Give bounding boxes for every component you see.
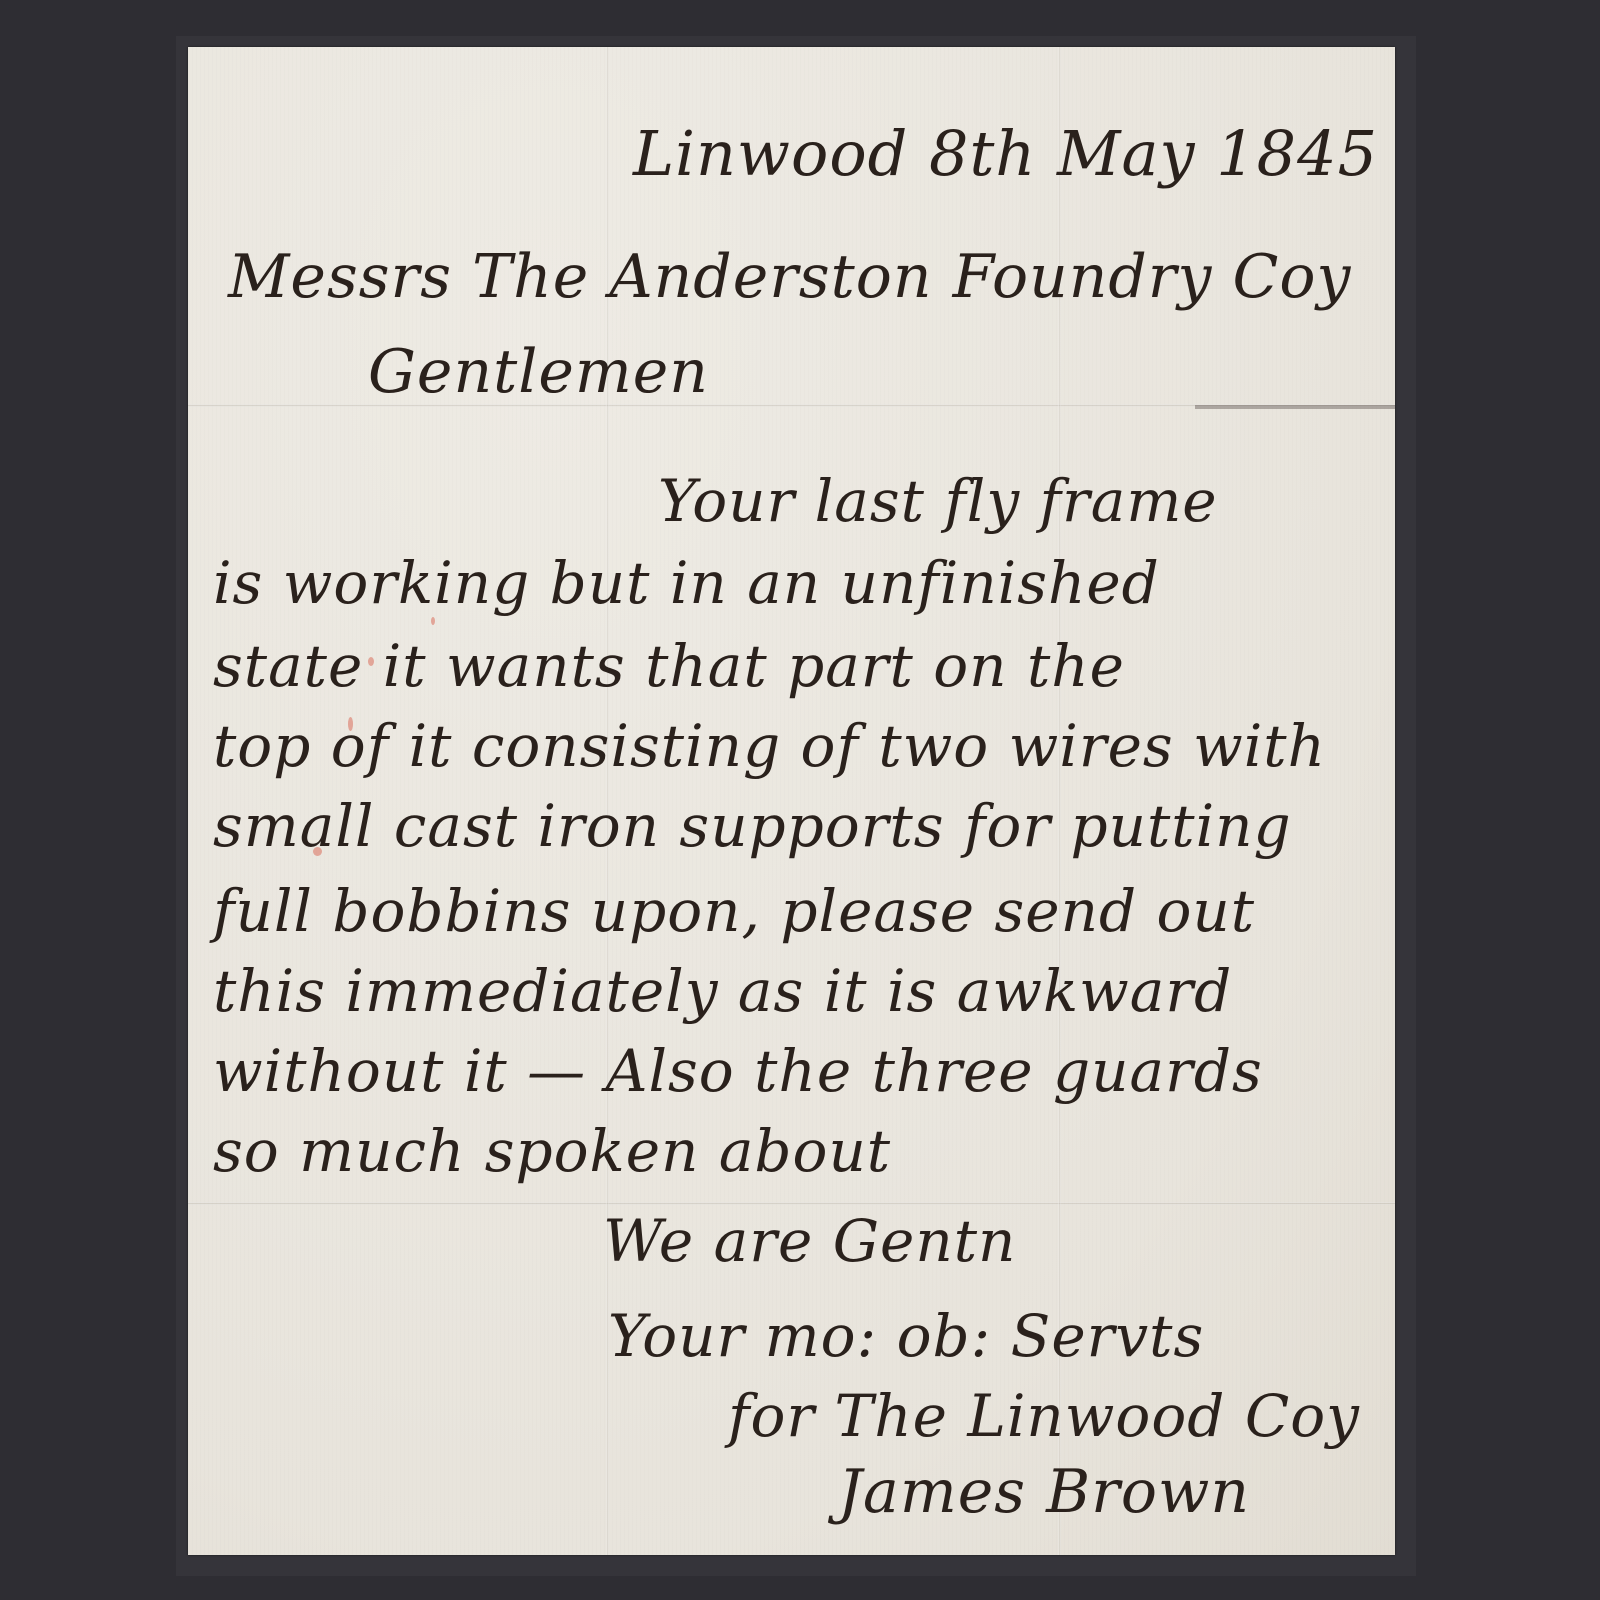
- addressee: Messrs The Anderston Foundry Coy: [228, 242, 1351, 312]
- body-line: Your last fly frame: [658, 467, 1218, 535]
- letter-paper: Linwood 8th May 1845 Messrs The Andersto…: [188, 47, 1395, 1555]
- paper-edge-shadow: [1195, 405, 1395, 409]
- body-line: top of it consisting of two wires with: [213, 712, 1326, 780]
- scanned-letter: Linwood 8th May 1845 Messrs The Andersto…: [0, 0, 1600, 1600]
- body-line: so much spoken about: [213, 1117, 891, 1185]
- salutation: Gentlemen: [368, 337, 709, 407]
- closing-line: We are Gentn: [603, 1207, 1016, 1275]
- fold-line-horizontal: [188, 1202, 1395, 1205]
- signature: James Brown: [838, 1457, 1250, 1527]
- body-line: full bobbins upon, please send out: [213, 877, 1255, 945]
- body-line: is working but in an unfinished: [213, 549, 1160, 617]
- red-stain: [431, 617, 435, 625]
- body-line: this immediately as it is awkward: [213, 957, 1232, 1025]
- body-line: without it — Also the three guards: [213, 1037, 1263, 1105]
- body-line: state it wants that part on the: [213, 632, 1125, 700]
- body-line: small cast iron supports for putting: [213, 792, 1292, 860]
- dateline: Linwood 8th May 1845: [633, 117, 1378, 190]
- closing-line: Your mo: ob: Servts: [608, 1302, 1204, 1370]
- closing-line: for The Linwood Coy: [728, 1382, 1360, 1450]
